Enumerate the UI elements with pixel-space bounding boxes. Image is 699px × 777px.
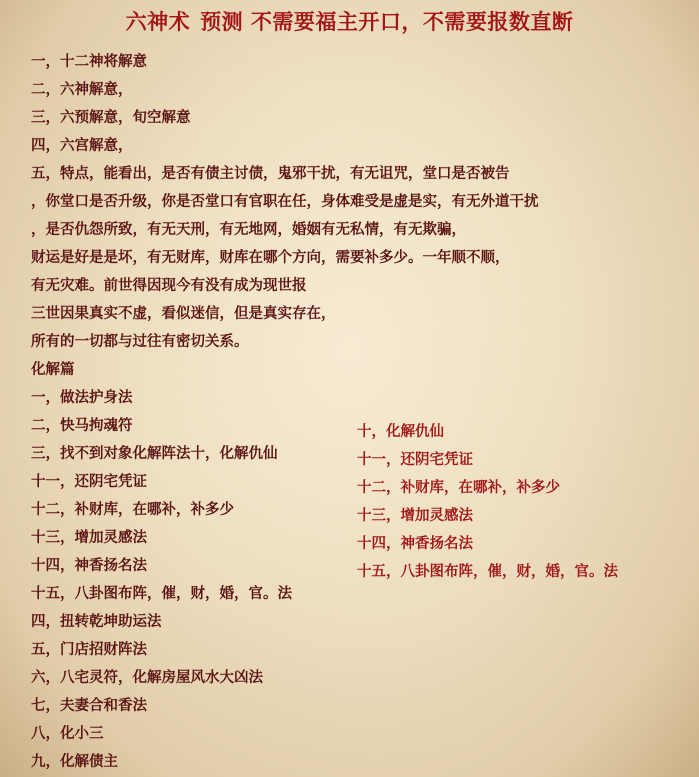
section-heading: 化解篇 xyxy=(31,356,539,384)
list-item: 十二，补财库，在哪补，补多少 xyxy=(357,474,618,502)
list-item: 十三，增加灵感法 xyxy=(357,502,618,530)
left-column: 一，十二神将解意 二，六神解意， 三，六预解意，旬空解意 四，六宫解意， 五，特… xyxy=(31,48,539,776)
list-item: 三，六预解意，旬空解意 xyxy=(31,104,539,132)
list-item: 七，夫妻合和香法 xyxy=(31,692,539,720)
list-item: ，是否仇怨所致，有无天刑，有无地网，婚姻有无私情，有无欺骗， xyxy=(31,216,539,244)
list-item: ，你堂口是否升级，你是否堂口有官职在任，身体难受是虚是实，有无外道干扰 xyxy=(31,188,539,216)
list-item: 六，八宅灵符，化解房屋风水大凶法 xyxy=(31,664,539,692)
title-part2: 预测 不需要福主开口，不需要报数直断 xyxy=(200,10,573,34)
list-item: 八，化小三 xyxy=(31,720,539,748)
list-item: 五，门店招财阵法 xyxy=(31,636,539,664)
page-title: 六神术预测 不需要福主开口，不需要报数直断 xyxy=(0,6,699,38)
list-item: 四，六宫解意， xyxy=(31,132,539,160)
list-item: 四，扭转乾坤助运法 xyxy=(31,608,539,636)
list-item: 一，十二神将解意 xyxy=(31,48,539,76)
list-item: 九，化解债主 xyxy=(31,748,539,776)
title-part1: 六神术 xyxy=(126,10,191,34)
right-column: 十，化解仇仙 十一，还阴宅凭证 十二，补财库，在哪补，补多少 十三，增加灵感法 … xyxy=(357,418,618,586)
list-item: 有无灾难。前世得因现今有没有成为现世报 xyxy=(31,272,539,300)
list-item: 十，化解仇仙 xyxy=(357,418,618,446)
list-item: 五，特点，能看出，是否有债主讨债，鬼邪干扰，有无诅咒，堂口是否被告 xyxy=(31,160,539,188)
list-item: 所有的一切都与过往有密切关系。 xyxy=(31,328,539,356)
list-item: 三世因果真实不虚，看似迷信，但是真实存在， xyxy=(31,300,539,328)
list-item: 一，做法护身法 xyxy=(31,384,539,412)
list-item: 十五，八卦图布阵，催，财，婚，官。法 xyxy=(357,558,618,586)
list-item: 十一，还阴宅凭证 xyxy=(357,446,618,474)
list-item: 财运是好是是坏，有无财库，财库在哪个方向，需要补多少。一年顺不顺， xyxy=(31,244,539,272)
list-item: 十四，神香扬名法 xyxy=(357,530,618,558)
list-item: 二，六神解意， xyxy=(31,76,539,104)
